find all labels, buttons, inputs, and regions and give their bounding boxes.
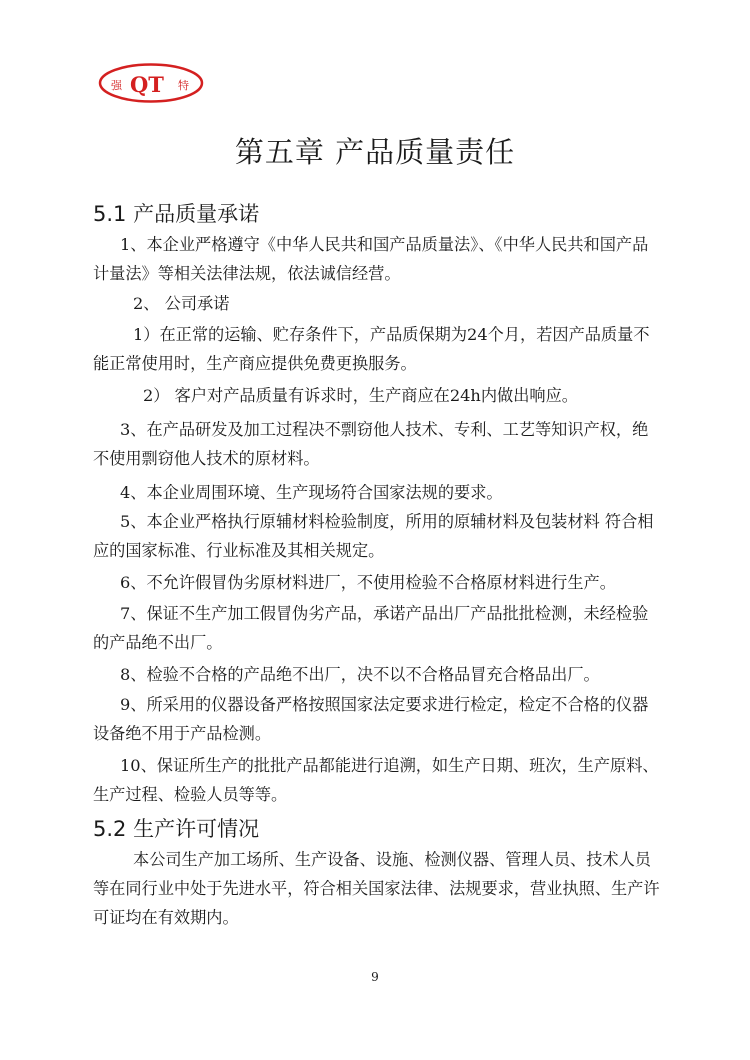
logo-left-char: 强 xyxy=(111,79,123,92)
paragraph: 9、所采用的仪器设备严格按照国家法定要求进行检定，检定不合格的仪器设备绝不用于产… xyxy=(93,690,663,748)
page-number: 9 xyxy=(0,970,750,984)
paragraph: 1、本企业严格遵守《中华人民共和国产品质量法》、《中华人民共和国产品计量法》等相… xyxy=(93,230,663,288)
chapter-title: 第五章 产品质量责任 xyxy=(0,130,750,171)
paragraph: 2、 公司承诺 xyxy=(93,289,663,318)
company-logo: 强 QT 特 xyxy=(97,62,205,104)
paragraph: 2） 客户对产品质量有诉求时，生产商应在24h内做出响应。 xyxy=(93,381,663,410)
paragraph: 8、检验不合格的产品绝不出厂，决不以不合格品冒充合格品出厂。 xyxy=(93,660,663,689)
section-heading-5-1: 5.1 产品质量承诺 xyxy=(93,198,259,228)
paragraph: 5、本企业严格执行原辅材料检验制度，所用的原辅材料及包装材料 符合相应的国家标准… xyxy=(93,507,663,565)
paragraph: 1）在正常的运输、贮存条件下，产品质保期为24个月，若因产品质量不能正常使用时，… xyxy=(93,320,663,378)
paragraph: 4、本企业周围环境、生产现场符合国家法规的要求。 xyxy=(93,478,663,507)
logo-mark: QT xyxy=(130,72,164,97)
paragraph: 6、不允许假冒伪劣原材料进厂，不使用检验不合格原材料进行生产。 xyxy=(93,568,663,597)
logo-right-char: 特 xyxy=(178,78,189,92)
paragraph: 本公司生产加工场所、生产设备、设施、检测仪器、管理人员、技术人员等在同行业中处于… xyxy=(93,845,663,932)
paragraph: 3、在产品研发及加工过程决不剽窃他人技术、专利、工艺等知识产权，绝不使用剽窃他人… xyxy=(93,415,663,473)
section-heading-5-2: 5.2 生产许可情况 xyxy=(93,813,259,843)
paragraph: 7、保证不生产加工假冒伪劣产品，承诺产品出厂产品批批检测，未经检验的产品绝不出厂… xyxy=(93,599,663,657)
paragraph: 10、保证所生产的批批产品都能进行追溯，如生产日期、班次，生产原料、生产过程、检… xyxy=(93,751,663,809)
